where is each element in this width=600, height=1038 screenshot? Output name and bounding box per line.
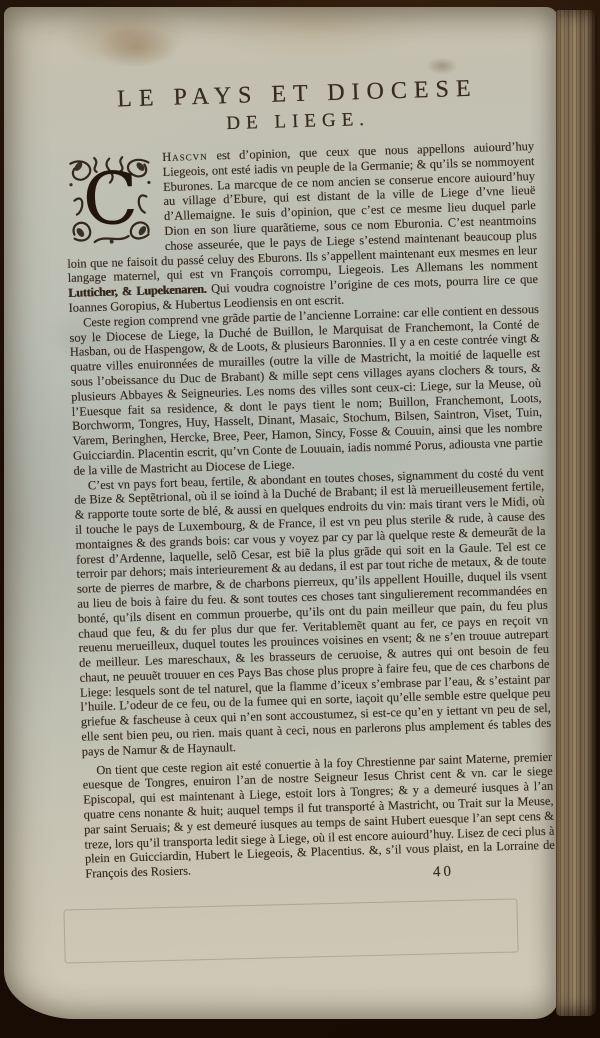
- body-text: CHascvn est d’opinion, que ceux que nous…: [64, 139, 555, 882]
- paragraph-4: On tient que ceste region ait esté conue…: [82, 749, 555, 881]
- paragraph-3: C’est vn pays fort beau, fertile, & abon…: [74, 464, 552, 759]
- text-block: LE PAYS ET DIOCESE DE LIEGE. CHascvn est…: [62, 74, 555, 882]
- photo-of-book-page: { "page": { "title_line1": "LE PAYS ET D…: [0, 0, 600, 1038]
- paragraph-1: CHascvn est d’opinion, que ceux que nous…: [64, 139, 539, 316]
- initial-letter: C: [82, 156, 140, 242]
- folio-number: 40: [433, 864, 455, 882]
- decorative-initial-icon: C: [64, 152, 157, 247]
- paragraph-2: Ceste region comprend vne grãde partie d…: [69, 302, 544, 479]
- woodcut-initial-ornament: C: [64, 152, 157, 247]
- show-through-impression: [63, 898, 518, 963]
- book-page: LE PAYS ET DIOCESE DE LIEGE. CHascvn est…: [4, 7, 558, 1019]
- book-fore-edge-pages: [556, 10, 597, 1016]
- first-word-smallcaps: Hascvn: [162, 149, 208, 164]
- paper-stain: [422, 55, 462, 77]
- paper-stain: [82, 19, 192, 75]
